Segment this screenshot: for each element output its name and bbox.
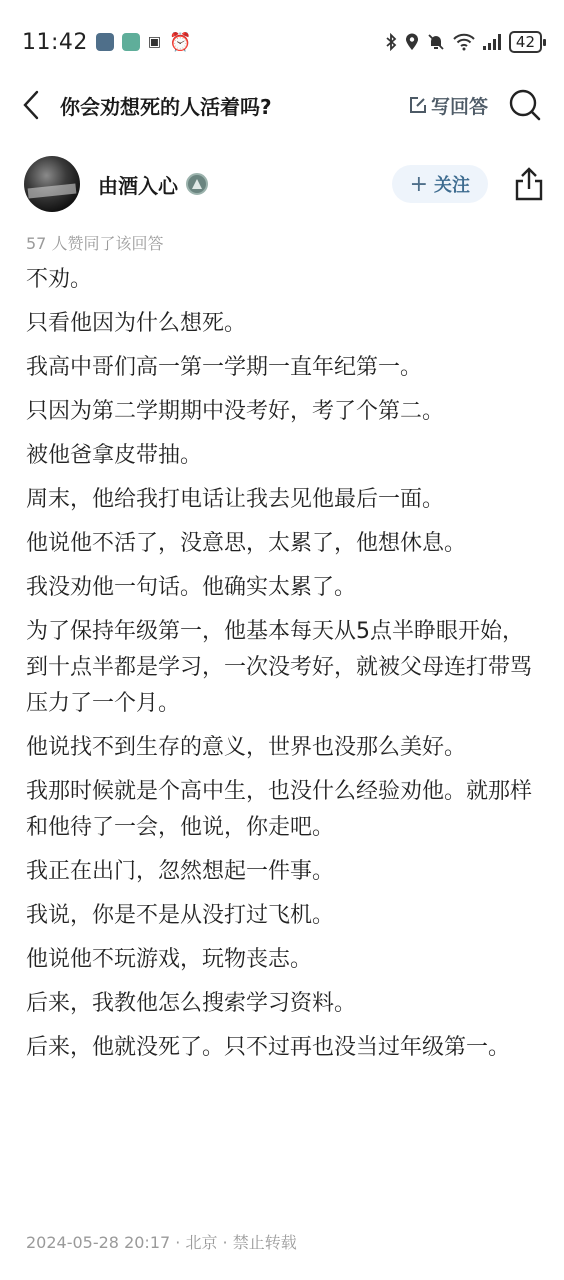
paragraph: 他说他不玩游戏，玩物丧志。	[26, 942, 536, 978]
paragraph: 后来，他就没死了。只不过再也没当过年级第一。	[26, 1030, 536, 1066]
paragraph: 我说，你是不是从没打过飞机。	[26, 898, 536, 934]
status-left: 11:42 ▣ ⏰	[22, 30, 192, 55]
status-bar: 11:42 ▣ ⏰ 42	[0, 0, 564, 84]
paragraph: 为了保持年级第一，他基本每天从5点半睁眼开始，到十点半都是学习，一次没考好，就被…	[26, 614, 536, 722]
status-time: 11:42	[22, 30, 88, 55]
author-row: 由酒入心 + 关注	[24, 155, 544, 213]
bluetooth-icon	[385, 33, 397, 51]
mute-icon	[427, 33, 445, 51]
paragraph: 只看他因为什么想死。	[26, 306, 536, 342]
avatar[interactable]	[24, 156, 80, 212]
search-icon[interactable]	[508, 88, 542, 122]
alarm-icon: ⏰	[169, 32, 191, 53]
paragraph: 周末，他给我打电话让我去见他最后一面。	[26, 482, 536, 518]
paragraph: 我那时候就是个高中生，也没什么经验劝他。就那样和他待了一会，他说，你走吧。	[26, 774, 536, 846]
status-right: 42	[385, 31, 542, 53]
answer-content: 不劝。 只看他因为什么想死。 我高中哥们高一第一学期一直年纪第一。 只因为第二学…	[26, 262, 536, 1074]
question-title[interactable]: 你会劝想死的人活着吗?	[60, 91, 409, 120]
badge-icon	[186, 173, 208, 195]
write-answer-label: 写回答	[431, 92, 488, 119]
paragraph: 不劝。	[26, 262, 536, 298]
author-name[interactable]: 由酒入心	[98, 170, 178, 199]
back-button[interactable]	[22, 90, 44, 120]
paragraph: 我正在出门，忽然想起一件事。	[26, 854, 536, 890]
app-notification-icon	[96, 33, 114, 51]
paragraph: 他说找不到生存的意义，世界也没那么美好。	[26, 730, 536, 766]
paragraph: 后来，我教他怎么搜索学习资料。	[26, 986, 536, 1022]
follow-label: 关注	[434, 171, 470, 197]
share-icon[interactable]	[514, 167, 544, 201]
answer-meta: 2024-05-28 20:17 · 北京 · 禁止转载	[26, 1230, 297, 1253]
follow-button[interactable]: + 关注	[392, 165, 488, 203]
app-message-icon	[122, 33, 140, 51]
location-icon	[405, 33, 419, 51]
signal-icon	[483, 34, 501, 50]
nav-bar: 你会劝想死的人活着吗? 写回答	[0, 80, 564, 130]
upvote-count: 57 人赞同了该回答	[26, 231, 163, 254]
paragraph: 他说他不活了，没意思，太累了，他想休息。	[26, 526, 536, 562]
wifi-icon	[453, 33, 475, 51]
chevron-left-icon	[22, 90, 40, 120]
paragraph: 我没劝他一句话。他确实太累了。	[26, 570, 536, 606]
edit-icon	[409, 96, 427, 114]
paragraph: 只因为第二学期期中没考好，考了个第二。	[26, 394, 536, 430]
paragraph: 被他爸拿皮带抽。	[26, 438, 536, 474]
plus-icon: +	[410, 172, 428, 197]
hd-icon: ▣	[148, 34, 161, 50]
write-answer-button[interactable]: 写回答	[409, 92, 488, 119]
battery-icon: 42	[509, 31, 542, 53]
paragraph: 我高中哥们高一第一学期一直年纪第一。	[26, 350, 536, 386]
